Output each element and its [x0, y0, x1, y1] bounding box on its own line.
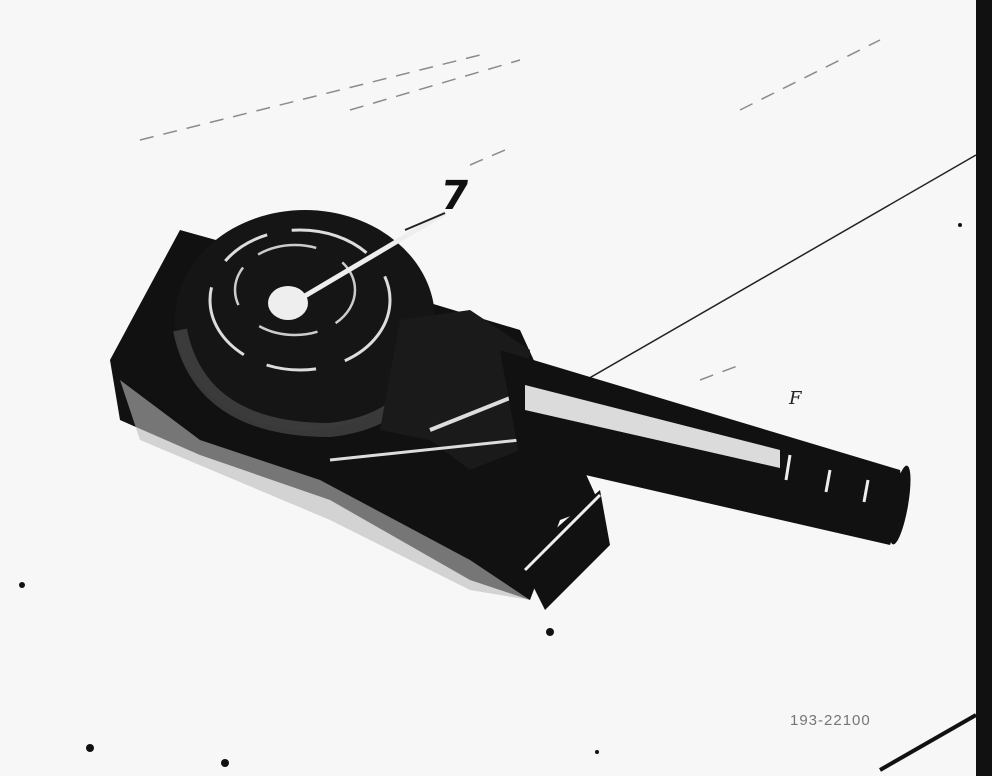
- corner-line: [880, 715, 976, 770]
- figure-id: 193-22100: [790, 712, 871, 729]
- stray-mark: F: [789, 388, 802, 409]
- part-illustration: [0, 0, 992, 776]
- center-hub: [268, 286, 308, 320]
- callout-number: 7: [438, 176, 471, 216]
- scan-edge-bar: [976, 0, 992, 776]
- scanned-photo: 7 F 193-22100: [0, 0, 992, 776]
- hairline: [560, 155, 976, 395]
